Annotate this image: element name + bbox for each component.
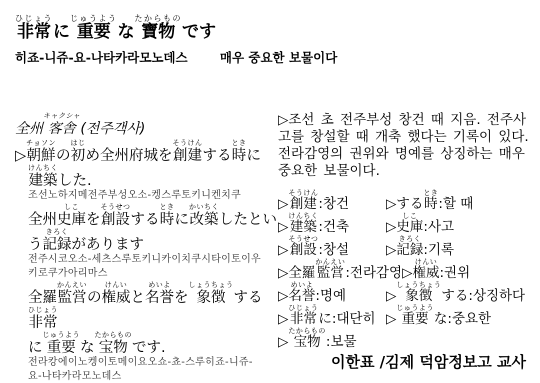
base-text: 創設 — [288, 243, 318, 258]
furigana-text: かんえい — [57, 281, 87, 290]
korean-transliteration-line: 요-나타카라모노데스 — [15, 370, 278, 383]
ruby-segment: :창건 — [318, 189, 349, 212]
header: ひじょう非常 にじゅうよう重要 なたからもの寶物 です 히죠-니쥬-요-나타카라… — [15, 14, 530, 66]
ruby-segment: かんえい監営 — [57, 281, 87, 306]
ruby-segment: に:대단히 — [318, 304, 375, 327]
page-title: ひじょう非常 にじゅうよう重要 なたからもの寶物 です — [15, 14, 530, 42]
korean-transliteration-line: 키로쿠가아리마스 — [15, 267, 278, 281]
base-text: したとい — [219, 212, 277, 228]
ruby-segment: とき時 — [231, 139, 246, 164]
base-text: 建築 — [28, 173, 58, 189]
base-text: 監営 — [315, 266, 345, 281]
ruby-segment: とき時 — [160, 203, 175, 228]
ruby-segment: する — [131, 203, 160, 228]
base-text: する:상징하다 — [441, 289, 525, 304]
ruby-segment: (전주객사) — [80, 112, 145, 137]
glossary-row: ▷ひじょう非常 に:대단히 ▷じゅうよう重要 な:중요한 — [278, 304, 530, 327]
base-text: 創建 — [288, 197, 318, 212]
furigana-text: そうせつ — [101, 203, 131, 212]
base-text: 象徴 — [396, 289, 441, 304]
ruby-segment: ▷ — [278, 281, 288, 304]
furigana-text: しこ — [57, 203, 86, 212]
ruby-segment: けんちく建築 — [28, 164, 58, 189]
base-text: があります — [72, 237, 145, 253]
content-columns: 全州キャクシャ客舎 (전주객사) ▷チョソン朝鮮 のはじ初 め全州府城をそうけん… — [15, 112, 530, 383]
japanese-text-line: うきろく記録 があります — [15, 228, 278, 253]
base-text: ▷ — [386, 243, 396, 258]
base-text: の — [56, 148, 71, 164]
ruby-segment: する — [202, 139, 231, 164]
base-text: :기록 — [423, 243, 454, 258]
furigana-text — [28, 281, 57, 290]
furigana-text: かいちく — [189, 203, 219, 212]
glossary-term: ▷たからもの宝物 :보물 — [278, 327, 386, 350]
base-text: 朝鮮 — [26, 148, 56, 164]
furigana-text: めいよ — [145, 281, 174, 290]
glossary-row: ▷全羅かんえい監営 :전라감영 ▷けんい権威 :권위 — [278, 258, 530, 281]
glossary-term: ▷けんちく建築 :건축 — [278, 212, 386, 235]
base-text: 初 — [70, 148, 85, 164]
document-page: ひじょう非常 にじゅうよう重要 なたからもの寶物 です 히죠-니쥬-요-나타카라… — [0, 0, 540, 383]
ruby-segment: の — [87, 281, 102, 306]
japanese-text-blocks: ▷チョソン朝鮮 のはじ初 め全州府城をそうけん創建 するとき時 にけんちく建築 … — [15, 139, 278, 383]
korean-transliteration-line: 조선노하지메전주부성오소-켕스루토키니켄치쿠 — [15, 189, 278, 203]
base-text: を — [86, 212, 101, 228]
furigana-text: けんちく — [28, 164, 58, 173]
ruby-segment: したとい — [219, 203, 277, 228]
ruby-segment: に — [175, 203, 190, 228]
furigana-text — [132, 331, 166, 340]
furigana-text — [28, 331, 43, 340]
furigana-text — [234, 281, 263, 290]
ruby-segment: きろく記録 — [396, 235, 423, 258]
ruby-segment: けんちく建築 — [288, 212, 318, 235]
base-text: ▷ — [15, 148, 26, 164]
right-column: ▷조선 초 전주부성 창건 때 지음. 전주사고를 창설할 때 개축 했다는 기… — [278, 112, 530, 383]
ruby-segment: ▷ — [278, 304, 288, 327]
ruby-segment: 全州 — [28, 203, 57, 228]
korean-transliteration-line: 전라캉에이노켕이토메이요오쇼-쵸-스루히죠-니쥬- — [15, 356, 278, 370]
ruby-segment: に — [53, 14, 70, 42]
ruby-segment: :보물 — [326, 327, 357, 350]
furigana-text: とき — [160, 203, 175, 212]
furigana-text: ひじょう — [28, 306, 58, 315]
japanese-text-line: 全羅かんえい監営 のけんい権威 とめいよ名誉 をしょうちょう象徴 するひじょう非… — [15, 281, 278, 331]
left-column: 全州キャクシャ客舎 (전주객사) ▷チョソン朝鮮 のはじ初 め全州府城をそうけん… — [15, 112, 278, 383]
glossary-term: ▷きろく記録 :기록 — [386, 235, 454, 258]
ruby-segment: たからもの宝物 — [95, 331, 133, 356]
base-text: :사고 — [423, 220, 454, 235]
furigana-text — [219, 203, 277, 212]
glossary-term: ▷じゅうよう重要 な:중요한 — [386, 304, 491, 327]
base-text: ▷ — [278, 335, 288, 350]
base-text: 名誉 — [288, 289, 315, 304]
ruby-segment: する:상징하다 — [441, 281, 525, 304]
japanese-text-line: ▷チョソン朝鮮 のはじ初 め全州府城をそうけん創建 するとき時 に — [15, 139, 278, 164]
glossary-term: ▷けんい権威 :권위 — [402, 258, 470, 281]
furigana-text — [72, 228, 145, 237]
base-text: 非常 — [288, 312, 318, 327]
ruby-segment: そうせつ創設 — [101, 203, 131, 228]
korean-summary-line: 전라감영의 권위와 명예를 상징하는 매우 — [278, 146, 530, 163]
ruby-segment: う — [28, 228, 43, 253]
korean-transliteration-line: 전주시코오소-세츠스루토키니카이치쿠시타이토이우 — [15, 253, 278, 267]
base-text: に — [246, 148, 261, 164]
base-text: :건축 — [318, 220, 349, 235]
furigana-text: そうけん — [172, 139, 202, 148]
ruby-segment: ▷ — [386, 304, 396, 327]
furigana-text: キャクシャ — [43, 112, 80, 121]
base-text: 宝物 — [95, 340, 133, 356]
glossary-term: ▷しこ史庫 :사고 — [386, 212, 454, 235]
base-text: ▷ — [278, 220, 288, 235]
base-text: ▷ — [278, 289, 288, 304]
korean-transliteration-block: 전주시코오소-세츠스루토키니카이치쿠시타이토이우키로쿠가아리마스 — [15, 253, 278, 281]
ruby-segment: ▷ — [278, 327, 288, 350]
ruby-segment: め全州府城を — [85, 139, 172, 164]
ruby-segment: の — [56, 139, 71, 164]
ruby-segment: そうせつ創設 — [288, 235, 318, 258]
ruby-segment: :명예 — [315, 281, 346, 304]
korean-summary-line: 중요한 보물이다. — [278, 163, 530, 180]
base-text: 象徴 — [189, 290, 234, 306]
base-text: 重要 — [396, 312, 434, 327]
base-text: に — [28, 340, 43, 356]
glossary-row: ▷けんちく建築 :건축 ▷しこ史庫 :사고 — [278, 212, 530, 235]
base-text: (전주객사) — [80, 121, 145, 137]
base-text: な:중요한 — [434, 312, 491, 327]
ruby-segment: キャクシャ客舎 — [43, 112, 80, 137]
furigana-text — [28, 203, 57, 212]
base-text: め全州府城を — [85, 148, 172, 164]
ruby-segment: する — [234, 281, 263, 306]
base-text: ▷ — [278, 197, 288, 212]
ruby-segment: めいよ名誉 — [288, 281, 315, 304]
ruby-segment: :기록 — [423, 235, 454, 258]
base-text: 権威 — [102, 290, 131, 306]
base-text: 記録 — [396, 243, 423, 258]
ruby-segment: があります — [72, 228, 145, 253]
subtitle: 히죠-니쥬-요-나타카라모노데스 매우 중요한 보물이다 — [15, 50, 530, 66]
furigana-text — [56, 139, 71, 148]
base-text: 全州 — [15, 121, 43, 137]
ruby-segment: ひじょう非常 — [28, 306, 58, 331]
furigana-text — [246, 139, 261, 148]
furigana-text — [58, 164, 92, 173]
ruby-segment: です — [182, 14, 216, 42]
ruby-segment: しこ史庫 — [57, 203, 86, 228]
base-text: :보물 — [326, 335, 357, 350]
ruby-segment: しこ史庫 — [396, 212, 423, 235]
ruby-segment: した. — [58, 164, 92, 189]
base-text: した. — [58, 173, 92, 189]
base-text: ▷ — [402, 266, 412, 281]
japanese-text-line: けんちく建築 した. — [15, 164, 278, 189]
ruby-segment: です. — [132, 331, 166, 356]
ruby-segment: ▷ — [278, 189, 288, 212]
base-text: 建築 — [288, 220, 318, 235]
furigana-text — [175, 203, 190, 212]
ruby-segment: な:중요한 — [434, 304, 491, 327]
base-text: 史庫 — [57, 212, 86, 228]
glossary-term: ▷そうせつ創設 :창설 — [278, 235, 386, 258]
base-text: 創設 — [101, 212, 131, 228]
subtitle-transliteration: 히죠-니쥬-요-나타카라모노데스 — [15, 50, 188, 65]
base-text: 非常 — [28, 315, 58, 331]
base-text: の — [87, 290, 102, 306]
subtitle-translation: 매우 중요한 보물이다 — [220, 50, 337, 65]
ruby-segment: ▷ — [15, 139, 26, 164]
ruby-segment: はじ初 — [70, 139, 85, 164]
furigana-text — [28, 228, 43, 237]
ruby-segment: しょうちょう象徴 — [396, 281, 441, 304]
glossary-row: ▷たからもの宝物 :보물 — [278, 327, 530, 350]
base-text: :권위 — [440, 266, 471, 281]
ruby-segment: ▷ — [402, 258, 412, 281]
furigana-text: たからもの — [95, 331, 133, 340]
base-text: する — [234, 290, 263, 306]
glossary-term: ▷全羅かんえい監営 :전라감영 — [278, 258, 402, 281]
base-text: 時 — [423, 197, 438, 212]
korean-summary-paragraph: ▷조선 초 전주부성 창건 때 지음. 전주사고를 창설할 때 개축 했다는 기… — [278, 112, 530, 180]
furigana-text: とき — [231, 139, 246, 148]
base-text: ▷全羅 — [278, 266, 315, 281]
furigana-text — [80, 331, 95, 340]
ruby-segment: きろく記録 — [43, 228, 72, 253]
base-text: 時 — [160, 212, 175, 228]
furigana-text: きろく — [43, 228, 72, 237]
ruby-segment: :창설 — [318, 235, 349, 258]
ruby-segment: ひじょう非常 — [15, 14, 53, 42]
ruby-segment: そうけん創建 — [288, 189, 318, 212]
base-text: 名誉 — [145, 290, 174, 306]
ruby-segment: そうけん創建 — [172, 139, 202, 164]
ruby-segment: に — [246, 139, 261, 164]
furigana-text: チョソン — [26, 139, 56, 148]
base-text: 重要 — [70, 23, 118, 42]
base-text: :명예 — [315, 289, 346, 304]
ruby-segment: じゅうよう重要 — [43, 331, 81, 356]
base-text: 全州 — [28, 212, 57, 228]
japanese-text-block: 全羅かんえい監営 のけんい権威 とめいよ名誉 をしょうちょう象徴 するひじょう非… — [15, 281, 278, 356]
ruby-segment: な — [80, 331, 95, 356]
base-text: 宝物 — [288, 335, 326, 350]
base-text: する — [131, 212, 160, 228]
ruby-segment: ひじょう非常 — [288, 304, 318, 327]
base-text: 記録 — [43, 237, 72, 253]
author-credit-line: 이한표 /김제 덕암정보고 교사 — [278, 353, 530, 371]
furigana-text — [87, 281, 102, 290]
base-text: ▷ — [278, 243, 288, 258]
ruby-segment: けんい権威 — [102, 281, 131, 306]
glossary-term: ▷そうけん創建 :창건 — [278, 189, 386, 212]
base-text: を — [174, 290, 189, 306]
ruby-segment: けんい権威 — [413, 258, 440, 281]
korean-summary-line: ▷조선 초 전주부성 창건 때 지음. 전주사 — [278, 112, 530, 129]
furigana-text — [85, 139, 172, 148]
furigana-text — [131, 203, 160, 212]
base-text: 監営 — [57, 290, 87, 306]
ruby-segment: かんえい監営 — [315, 258, 345, 281]
base-text: と — [131, 290, 146, 306]
glossary-row: ▷そうせつ創設 :창설 ▷きろく記録 :기록 — [278, 235, 530, 258]
ruby-segment: :전라감영 — [345, 258, 402, 281]
base-text: ▷する — [386, 197, 423, 212]
base-text: ▷ — [278, 312, 288, 327]
base-text: 客舎 — [43, 121, 80, 137]
base-text: に — [53, 23, 70, 42]
glossary-term: ▷ひじょう非常 に:대단히 — [278, 304, 386, 327]
ruby-segment: めいよ名誉 — [145, 281, 174, 306]
ruby-segment: たからもの寶物 — [135, 14, 183, 42]
ruby-segment: チョソン朝鮮 — [26, 139, 56, 164]
furigana-text — [80, 112, 145, 121]
ruby-segment: かいちく改築 — [189, 203, 219, 228]
base-text: ▷ — [386, 312, 396, 327]
ruby-segment: と — [131, 281, 146, 306]
base-text: :창건 — [318, 197, 349, 212]
base-text: 創建 — [172, 148, 202, 164]
ruby-segment: とき時 — [423, 189, 438, 212]
ruby-segment: しょうちょう象徴 — [189, 281, 234, 306]
ruby-segment: ▷全羅 — [278, 258, 315, 281]
ruby-segment: ▷ — [278, 212, 288, 235]
base-text: 改築 — [189, 212, 219, 228]
korean-transliteration-block: 조선노하지메전주부성오소-켕스루토키니켄치쿠 — [15, 189, 278, 203]
ruby-segment: 全州 — [15, 112, 43, 137]
furigana-text: しょうちょう — [189, 281, 234, 290]
base-text: です — [182, 23, 216, 42]
vocabulary-glossary: ▷そうけん創建 :창건 ▷するとき時 :할 때 ▷けんちく建築 :건축 ▷しこ史… — [278, 189, 530, 350]
ruby-segment: :권위 — [440, 258, 471, 281]
japanese-text-block: 全州しこ史庫 をそうせつ創設 するとき時 にかいちく改築 したとい うきろく記録… — [15, 203, 278, 253]
furigana-text — [15, 112, 43, 121]
furigana-text: じゅうよう — [43, 331, 81, 340]
base-text: 全羅 — [28, 290, 57, 306]
base-text: 寶物 — [135, 23, 183, 42]
ruby-segment: じゅうよう重要 — [396, 304, 434, 327]
ruby-segment: :사고 — [423, 212, 454, 235]
furigana-text — [202, 139, 231, 148]
base-text: :전라감영 — [345, 266, 402, 281]
base-text: する — [202, 148, 231, 164]
base-text: な — [80, 340, 95, 356]
base-text: ▷ — [386, 220, 396, 235]
glossary-row: ▷そうけん創建 :창건 ▷するとき時 :할 때 — [278, 189, 530, 212]
glossary-term: ▷しょうちょう象徴 する:상징하다 — [386, 281, 525, 304]
base-text: に — [175, 212, 190, 228]
furigana-text — [131, 281, 146, 290]
ruby-segment: を — [174, 281, 189, 306]
furigana-text — [86, 203, 101, 212]
ruby-segment: ▷する — [386, 189, 423, 212]
furigana-text — [15, 139, 26, 148]
ruby-segment: 全羅 — [28, 281, 57, 306]
furigana-text: けんい — [102, 281, 131, 290]
ruby-segment: ▷ — [386, 281, 396, 304]
glossary-term: ▷めいよ名誉 :명예 — [278, 281, 386, 304]
base-text: 非常 — [15, 23, 53, 42]
furigana-text: はじ — [70, 139, 85, 148]
base-text: 重要 — [43, 340, 81, 356]
korean-transliteration-block: 전라캉에이노켕이토메이요오쇼-쵸-스루히죠-니쥬-요-나타카라모노데스 — [15, 356, 278, 383]
korean-summary-line: 고를 창설할 때 개축 했다는 기록이 있다. — [278, 129, 530, 146]
section-heading: 全州キャクシャ客舎 (전주객사) — [15, 112, 278, 137]
base-text: な — [118, 23, 135, 42]
ruby-segment: たからもの宝物 — [288, 327, 326, 350]
base-text: 史庫 — [396, 220, 423, 235]
ruby-segment: :할 때 — [438, 189, 473, 212]
base-text: :할 때 — [438, 197, 473, 212]
japanese-text-line: 全州しこ史庫 をそうせつ創設 するとき時 にかいちく改築 したとい — [15, 203, 278, 228]
japanese-text-line: にじゅうよう重要 なたからもの宝物 です. — [15, 331, 278, 356]
furigana-text — [174, 281, 189, 290]
glossary-term: ▷するとき時 :할 때 — [386, 189, 473, 212]
ruby-segment: な — [118, 14, 135, 42]
ruby-segment: :건축 — [318, 212, 349, 235]
ruby-segment: ▷ — [386, 235, 396, 258]
base-text: ▷ — [386, 289, 396, 304]
base-text: う — [28, 237, 43, 253]
base-text: 権威 — [413, 266, 440, 281]
base-text: に:대단히 — [318, 312, 375, 327]
base-text: :창설 — [318, 243, 349, 258]
japanese-text-block: ▷チョソン朝鮮 のはじ初 め全州府城をそうけん創建 するとき時 にけんちく建築 … — [15, 139, 278, 189]
ruby-segment: じゅうよう重要 — [70, 14, 118, 42]
base-text: です. — [132, 340, 166, 356]
ruby-segment: に — [28, 331, 43, 356]
ruby-segment: ▷ — [278, 235, 288, 258]
ruby-segment: ▷ — [386, 212, 396, 235]
glossary-row: ▷めいよ名誉 :명예 ▷しょうちょう象徴 する:상징하다 — [278, 281, 530, 304]
ruby-segment: を — [86, 203, 101, 228]
base-text: 時 — [231, 148, 246, 164]
